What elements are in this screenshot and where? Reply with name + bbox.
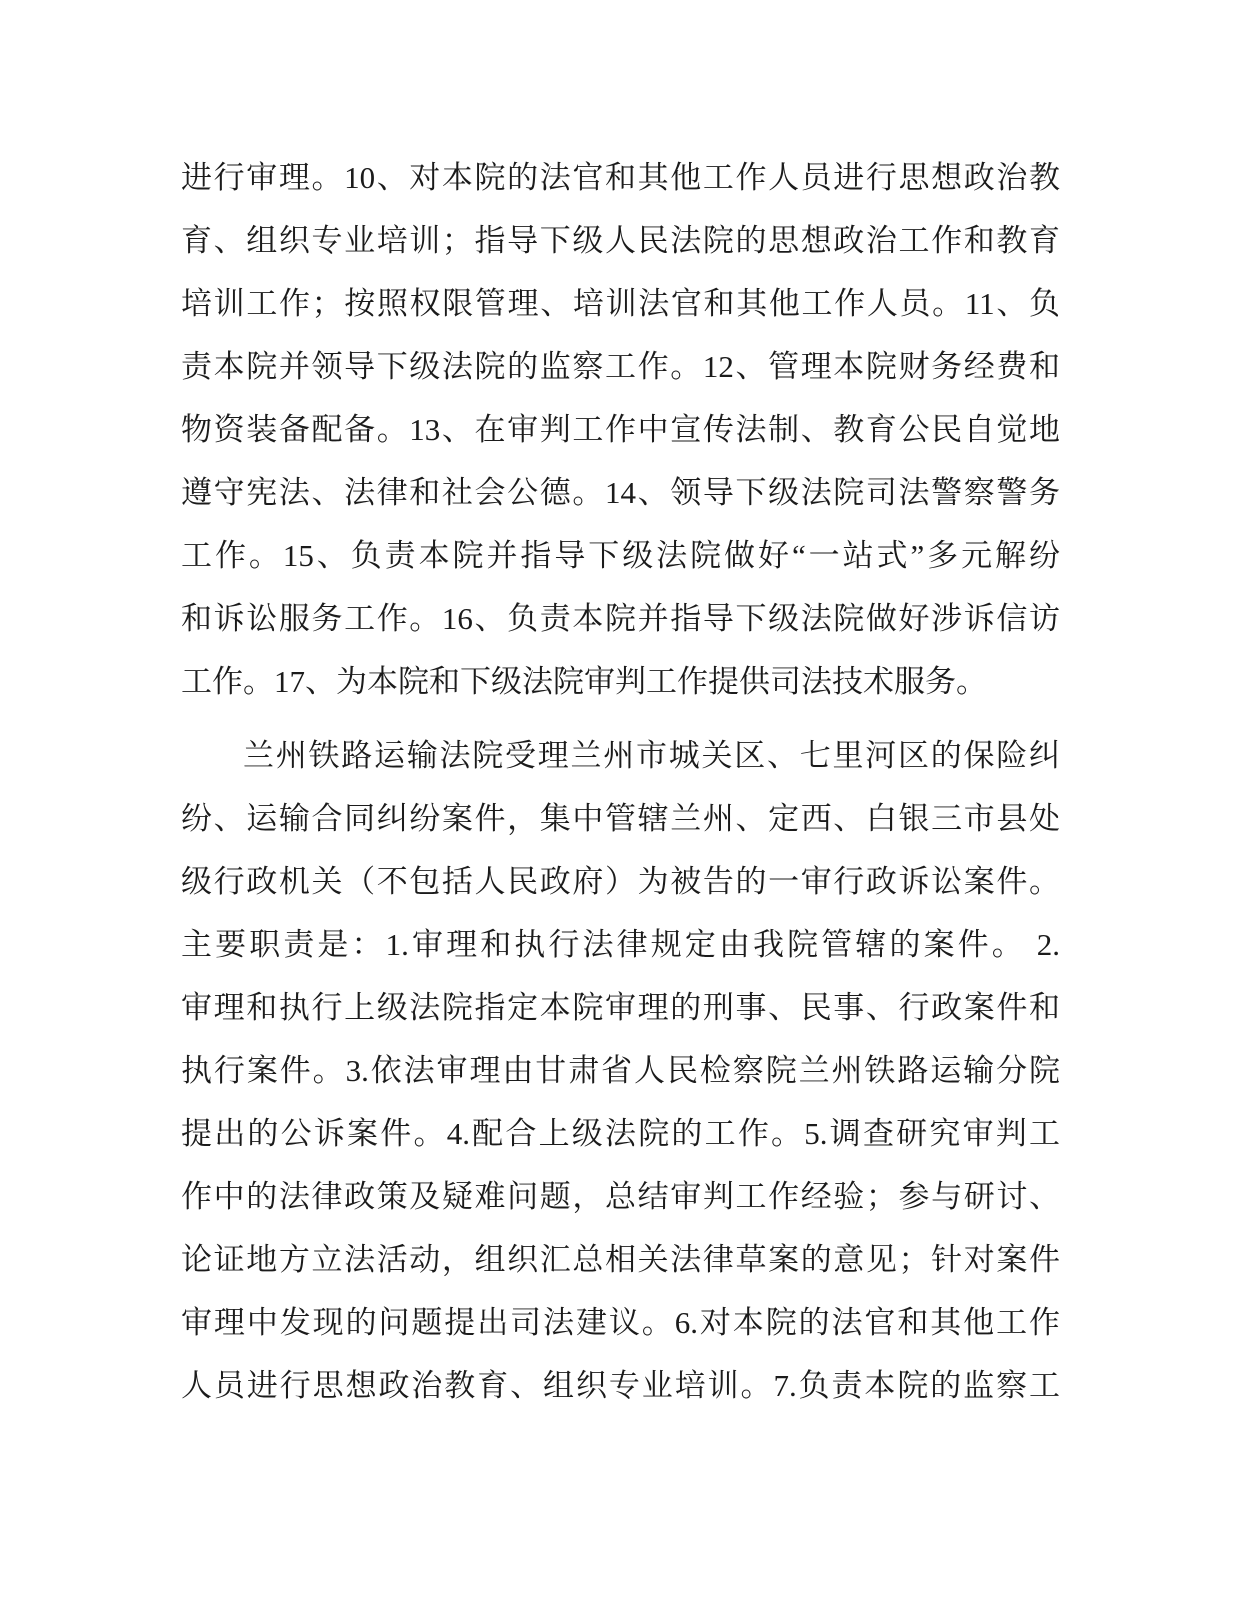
text-line: 作中的法律政策及疑难问题，总结审判工作经验；参与研讨、: [181, 1165, 1060, 1228]
text-line: 人员进行思想政治教育、组织专业培训。7.负责本院的监察工: [181, 1354, 1060, 1417]
text-line: 审理和执行上级法院指定本院审理的刑事、民事、行政案件和: [181, 976, 1060, 1039]
text-line: 审理中发现的问题提出司法建议。6.对本院的法官和其他工作: [181, 1291, 1060, 1354]
text-line: 物资装备配备。13、在审判工作中宣传法制、教育公民自觉地: [181, 398, 1060, 461]
paragraph-1: 进行审理。10、对本院的法官和其他工作人员进行思想政治教 育、组织专业培训；指导…: [181, 146, 1060, 713]
text-line: 遵守宪法、法律和社会公德。14、领导下级法院司法警察警务: [181, 461, 1060, 524]
text-line: 培训工作；按照权限管理、培训法官和其他工作人员。11、负: [181, 272, 1060, 335]
document-body: 进行审理。10、对本院的法官和其他工作人员进行思想政治教 育、组织专业培训；指导…: [181, 146, 1060, 1417]
text-line: 级行政机关（不包括人民政府）为被告的一审行政诉讼案件。: [181, 850, 1060, 913]
text-line: 工作。15、负责本院并指导下级法院做好“一站式”多元解纷: [181, 524, 1060, 587]
text-line: 兰州铁路运输法院受理兰州市城关区、七里河区的保险纠: [181, 724, 1060, 787]
text-line: 责本院并领导下级法院的监察工作。12、管理本院财务经费和: [181, 335, 1060, 398]
text-line: 纷、运输合同纠纷案件，集中管辖兰州、定西、白银三市县处: [181, 787, 1060, 850]
text-line: 执行案件。3.依法审理由甘肃省人民检察院兰州铁路运输分院: [181, 1039, 1060, 1102]
paragraph-2: 兰州铁路运输法院受理兰州市城关区、七里河区的保险纠 纷、运输合同纠纷案件，集中管…: [181, 724, 1060, 1417]
text-line: 工作。17、为本院和下级法院审判工作提供司法技术服务。: [181, 650, 1060, 713]
text-line: 论证地方立法活动，组织汇总相关法律草案的意见；针对案件: [181, 1228, 1060, 1291]
document-page: 进行审理。10、对本院的法官和其他工作人员进行思想政治教 育、组织专业培训；指导…: [0, 0, 1236, 1600]
text-line: 提出的公诉案件。4.配合上级法院的工作。5.调查研究审判工: [181, 1102, 1060, 1165]
text-line: 进行审理。10、对本院的法官和其他工作人员进行思想政治教: [181, 146, 1060, 209]
text-line: 和诉讼服务工作。16、负责本院并指导下级法院做好涉诉信访: [181, 587, 1060, 650]
text-line: 主要职责是：1.审理和执行法律规定由我院管辖的案件。 2.: [181, 913, 1060, 976]
text-line: 育、组织专业培训；指导下级人民法院的思想政治工作和教育: [181, 209, 1060, 272]
